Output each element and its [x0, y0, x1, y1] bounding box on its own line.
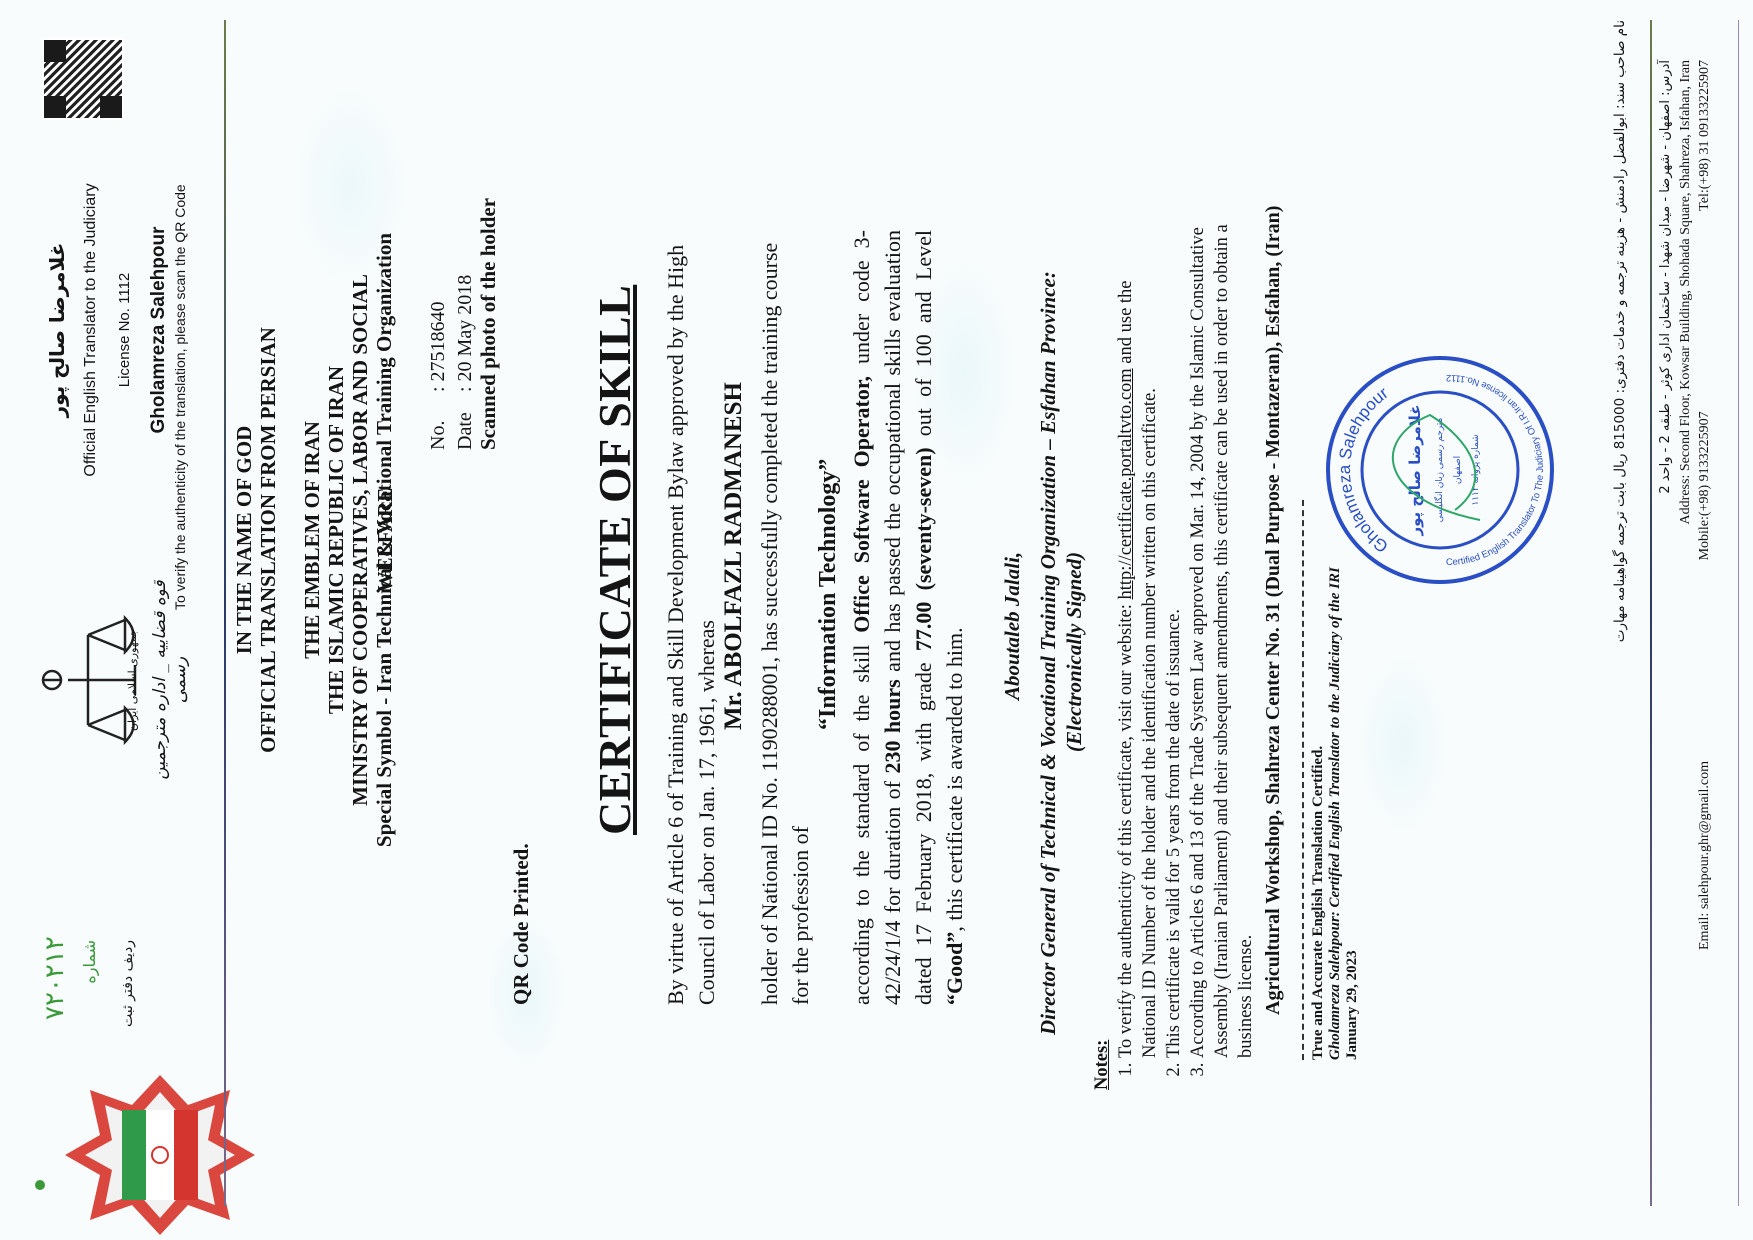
translator-title: Official English Translator to the Judic… — [74, 120, 108, 540]
holder-name: Mr. ABOLFAZL RADMANESH — [720, 382, 748, 730]
issuing-workshop: Agricultural Workshop, Shahreza Center N… — [1262, 206, 1285, 1015]
note-item: This certificate is valid for 5 years fr… — [1162, 220, 1186, 1058]
email[interactable]: Email: salehpour.ghr@gmail.com — [1697, 761, 1713, 950]
body-paragraph-1: By virtue of Article 6 of Training and S… — [660, 230, 722, 1005]
note-item: To verify the authenticity of this certi… — [1114, 220, 1162, 1058]
certificate-title: CERTIFICATE OF SKILL — [588, 285, 641, 835]
header-divider — [224, 20, 226, 1206]
verification-link[interactable]: http://certificate.portaltvto.com — [1116, 368, 1136, 599]
translator-header: غلامرضا صالح پور Official English Transl… — [40, 120, 176, 540]
serial-number: ۷۲۰۲۱۲ — [40, 936, 70, 1020]
note-3-text: According to Articles 6 and 13 of the Tr… — [1188, 224, 1256, 1058]
number-label: No. — [425, 392, 452, 450]
para3-text-a: according to the standard of the skill — [849, 633, 874, 1005]
photo-note: Scanned photo of the holder — [476, 190, 501, 450]
mark-dot — [35, 1180, 45, 1190]
emblem-caption-fa: جمهوری اسلامی ایران — [126, 580, 139, 780]
skill-name: Office Software Operator, — [849, 376, 874, 633]
serial-label: شماره — [80, 940, 99, 1020]
heading-special-symbol: Special Symbol - Iran Technical & Vocati… — [372, 220, 397, 860]
certificate-page: ۷۲۰۲۱۲ شماره ردیف دفتر ثبت جمهوری اسلامی… — [0, 0, 1753, 1240]
qr-code-icon[interactable] — [42, 38, 124, 120]
footer-divider — [1650, 20, 1652, 1206]
body-paragraph-3: according to the standard of the skill O… — [846, 230, 970, 1005]
register-label: ردیف دفتر ثبت — [120, 940, 136, 1090]
para3-text-e: , this certificate is awarded to him. — [942, 627, 967, 931]
certificate-number-date: No.: 27518640 — [425, 250, 452, 450]
telephone: Tel:(+98) 31 09133225907 — [1697, 60, 1713, 211]
note-1-text: To verify the authenticity of this certi… — [1116, 600, 1136, 1059]
notes-section: Notes: To verify the authenticity of thi… — [1090, 220, 1258, 1090]
stamp-line-2: اصفهان — [1453, 456, 1463, 484]
number-value: : 27518640 — [427, 301, 449, 392]
mobile: Mobile:(+98) 9133225907 — [1697, 411, 1713, 560]
date-value: : 20 May 2018 — [454, 275, 476, 392]
qr-verify-note: To verify the authenticity of the transl… — [172, 70, 188, 610]
translator-seal-stamp-icon: Gholamreza Salehpour Certified English T… — [1320, 350, 1560, 590]
heading-in-name-of-god: IN THE NAME OF GOD — [232, 260, 256, 820]
note-item: According to Articles 6 and 13 of the Tr… — [1186, 220, 1258, 1058]
dashed-divider — [1302, 500, 1304, 1060]
iran-flag-seal-icon — [60, 1070, 260, 1240]
signatory-title: Director General of Technical & Vocation… — [1036, 271, 1061, 1035]
translator-name: Gholamreza Salehpour — [142, 120, 176, 540]
course-hours: 230 hours — [880, 679, 905, 773]
heading-emblem: THE EMBLEM OF IRAN — [300, 260, 324, 820]
level: “Good” — [942, 932, 967, 1005]
grade: 77.00 (seventy-seven) — [911, 447, 936, 651]
translator-license: License No. 1112 — [108, 120, 142, 540]
note-2-text: This certificate is valid for 5 years fr… — [1164, 609, 1184, 1058]
profession: “Information Technology” — [815, 459, 842, 730]
address-en: Address: Second Floor, Kowsar Building, … — [1678, 60, 1694, 950]
notes-heading: Notes: — [1090, 220, 1114, 1090]
body-paragraph-2: holder of National ID No. 1190288001, ha… — [754, 230, 816, 1005]
signature-note: (Electronically Signed) — [1062, 552, 1087, 752]
certification-statement: True and Accurate English Translation Ce… — [1310, 746, 1327, 1060]
date-label: Date — [452, 392, 479, 450]
footer-edge-line — [1738, 20, 1739, 1206]
stamp-line-3: شماره پروانه ۱۱۱۲ — [1471, 434, 1481, 505]
qr-printed-note: QR Code Printed. — [509, 843, 534, 1005]
certificate-date: Date: 20 May 2018 — [452, 250, 479, 450]
stamp-name-fa: غلامرضا صالح پور — [1406, 404, 1425, 536]
heading-republic: THE ISLAMIC REPUBLIC OF IRAN — [324, 260, 349, 820]
certification-date: January 29, 2023 — [1344, 950, 1361, 1060]
signatory-name: Aboutaleb Jalali, — [1000, 552, 1025, 700]
fee-statement-fa: نام صاحب سند: ابوالفضل رادمنش - هزینه تر… — [1612, 20, 1628, 920]
para3-text-d: out of 100 and Level — [911, 230, 936, 447]
contact-line: Email: salehpour.ghr@gmail.com Mobile:(+… — [1697, 60, 1713, 950]
heading-official-translation: OFFICIAL TRANSLATION FROM PERSIAN — [256, 260, 280, 820]
certifier-line: Gholamreza Salehpour: Certified English … — [1327, 567, 1344, 1060]
address-fa: آدرس: اصفهان - شهرضا - میدان شهدا - ساخت… — [1658, 60, 1673, 940]
translator-name-fa: غلامرضا صالح پور — [40, 120, 74, 540]
